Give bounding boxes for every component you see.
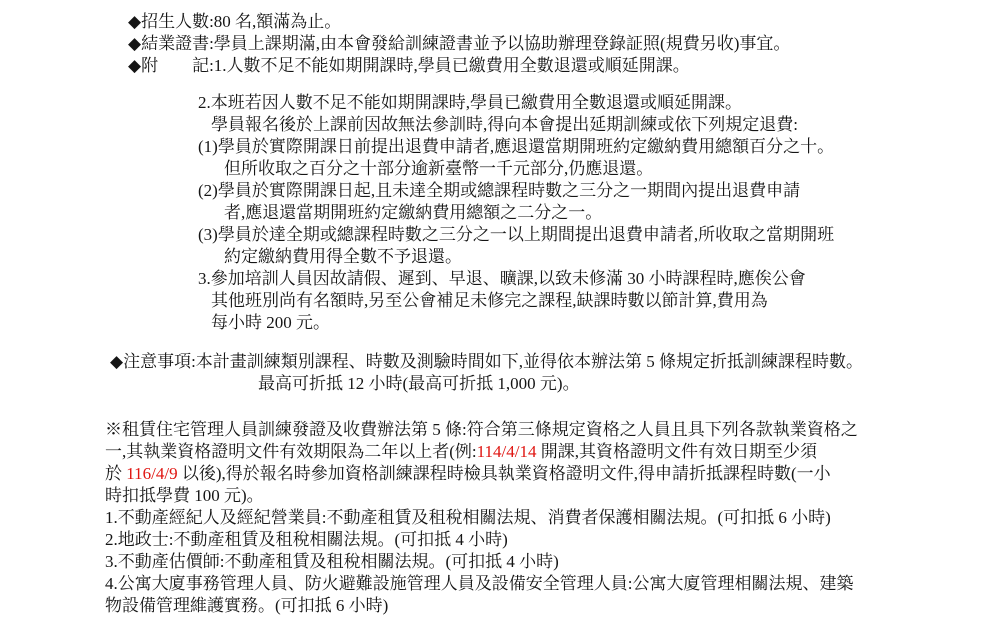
qualification-item: 4.公寓大廈事務管理人員、防火避難設施管理人員及設備安全管理人員:公寓大廈管理相… [105,573,1000,595]
remarks-block: 2.本班若因人數不足不能如期開課時,學員已繳費用全數退還或順延開課。 學員報名後… [0,92,1000,334]
regulation-text: 以後),得於報名時參加資格訓練課程時檢具執業資格證明文件,得申請折抵課程時數(一… [178,464,831,483]
regulation-line-4: 時扣抵學費 100 元)。 [105,485,1000,507]
regulation-title-line: ※租賃住宅管理人員訓練發證及收費辦法第 5 條:符合第三條規定資格之人員且具下列… [105,419,1000,441]
remark-line: 約定繳納費用得全數不予退還。 [224,246,1000,268]
regulation-text: 於 [105,464,126,483]
notice-line: ◆注意事項:本計畫訓練類別課程、時數及測驗時間如下,並得依本辦法第 5 條規定折… [110,351,1000,373]
remark-line: 其他班別尚有名額時,另至公會補足未修完之課程,缺課時數以節計算,費用為 [211,290,1000,312]
remark-line: 者,應退還當期開班約定繳納費用總額之二分之一。 [224,202,1000,224]
regulation-line-2: 一,其執業資格證明文件有效期限為二年以上者(例:114/4/14 開課,其資格證… [105,441,1000,463]
document-page: ◆招生人數:80 名,額滿為止。 ◆結業證書:學員上課期滿,由本會發給訓練證書並… [0,0,1000,617]
remark-line: 每小時 200 元。 [211,312,1000,334]
qualification-item: 1.不動產經紀人及經紀營業員:不動產租賃及租稅相關法規、消費者保護相關法規。(可… [105,507,1000,529]
remark-line: 但所收取之百分之十部分逾新臺幣一千元部分,仍應退還。 [224,158,1000,180]
remark-line: (2)學員於實際開課日起,且未達全期或總課程時數之三分之一期間內提出退費申請 [198,180,1000,202]
remark-line: (1)學員於實際開課日前提出退費申請者,應退還當期開班約定繳納費用總額百分之十。 [198,136,1000,158]
enrollment-count-line: ◆招生人數:80 名,額滿為止。 [128,11,1000,33]
remark-line: (3)學員於達全期或總課程時數之三分之一以上期間提出退費申請者,所收取之當期開班 [198,224,1000,246]
regulation-text: 開課,其資格證明文件有效日期至少須 [536,442,817,461]
regulation-block: ※租賃住宅管理人員訓練發證及收費辦法第 5 條:符合第三條規定資格之人員且具下列… [0,419,1000,617]
highlighted-date-validity: 116/4/9 [126,464,177,483]
remark-line: 學員報名後於上課前因故無法參訓時,得向本會提出延期訓練或依下列規定退費: [211,114,1000,136]
regulation-text: 一,其執業資格證明文件有效期限為二年以上者(例: [105,442,477,461]
remark-line: 2.本班若因人數不足不能如期開課時,學員已繳費用全數退還或順延開課。 [198,92,1000,114]
qualification-item: 2.地政士:不動產租賃及租稅相關法規。(可扣抵 4 小時) [105,529,1000,551]
notice-line-wrap: 最高可折抵 12 小時(最高可折抵 1,000 元)。 [258,373,1000,395]
qualification-item-wrap: 物設備管理維護實務。(可扣抵 6 小時) [105,595,1000,617]
remarks-head-line: ◆附 記:1.人數不足不能如期開課時,學員已繳費用全數退還或順延開課。 [128,55,1000,77]
qualification-item: 3.不動產估價師:不動產租賃及租稅相關法規。(可扣抵 4 小時) [105,551,1000,573]
notice-block: ◆注意事項:本計畫訓練類別課程、時數及測驗時間如下,並得依本辦法第 5 條規定折… [0,351,1000,395]
certificate-line: ◆結業證書:學員上課期滿,由本會發給訓練證書並予以協助辦理登錄証照(規費另收)事… [128,33,1000,55]
highlighted-date-open-course: 114/4/14 [477,442,537,461]
regulation-line-3: 於 116/4/9 以後),得於報名時參加資格訓練課程時檢具執業資格證明文件,得… [105,463,1000,485]
remark-line: 3.參加培訓人員因故請假、遲到、早退、曠課,以致未修滿 30 小時課程時,應俟公… [198,268,1000,290]
